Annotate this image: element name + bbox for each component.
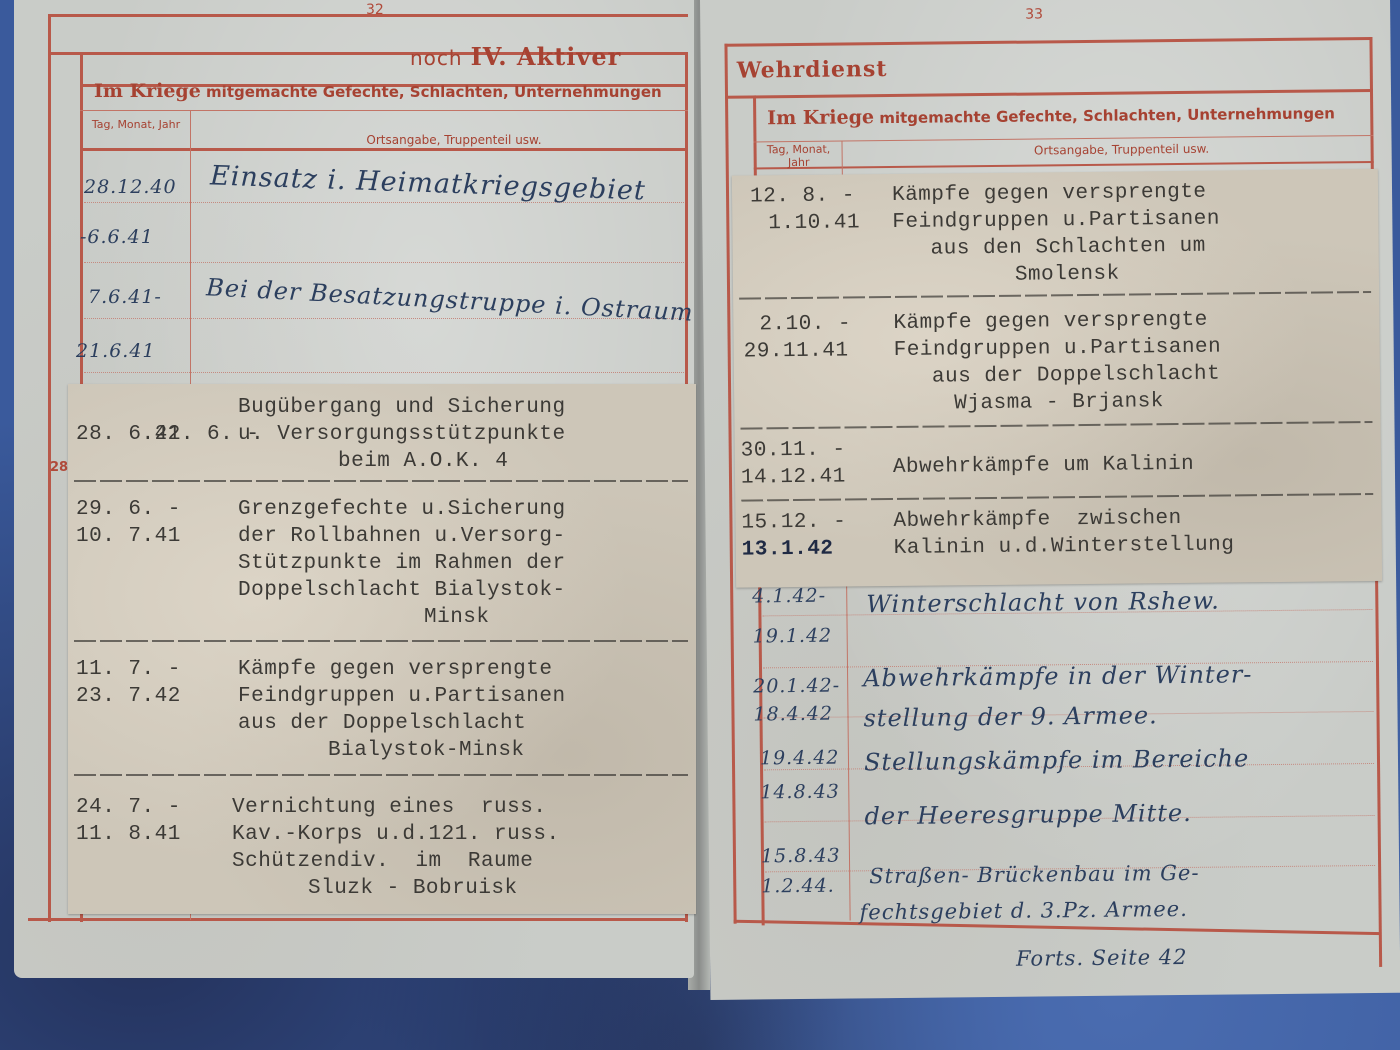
frame-line — [80, 148, 688, 151]
entry-text: fechtsgebiet d. 3.Pz. Armee. — [859, 897, 1188, 924]
line-text: Minsk — [424, 606, 490, 629]
ruled-line — [84, 372, 684, 373]
date-to: 13.1.42 — [742, 536, 834, 564]
side-number: 28 — [50, 460, 68, 475]
entry-line: Wjasma - Brjansk — [954, 388, 1164, 417]
entry-line: Abwehrkämpfe um Kalinin — [893, 451, 1195, 481]
line-text: der Rollbahnen u.Versorg- — [238, 525, 566, 548]
entry-line: der Rollbahnen u.Versorg- — [238, 523, 566, 550]
entry-line: Schützendiv. im Raume — [232, 848, 533, 875]
section-title-text: IV. Aktiver — [471, 42, 622, 71]
entry-text: Winterschlacht von Rshew. — [866, 587, 1220, 619]
date-to: 11. 8.41 — [76, 821, 181, 848]
entry-line: Doppelschlacht Bialystok- — [238, 577, 566, 604]
entry-line: Kämpfe gegen versprengte — [893, 307, 1208, 337]
column-header-place: Ortsangabe, Truppenteil usw. — [922, 141, 1322, 158]
frame-line — [28, 918, 688, 921]
date-from: 29. 6. - — [76, 496, 181, 523]
line-text: Doppelschlacht Bialystok- — [238, 579, 566, 602]
entry-date-to: 1.2.44. — [761, 875, 835, 898]
entry-separator — [741, 493, 1373, 502]
entry-text: stellung der 9. Armee. — [863, 701, 1157, 732]
typed-slip: 22. 6. - 28. 6.41 Bugübergang und Sicher… — [68, 384, 696, 914]
entry-line: Vernichtung eines russ. — [232, 794, 546, 821]
line-text: Feindgruppen u.Partisanen — [892, 208, 1220, 234]
entry-date-from: 15.8.43 — [761, 845, 841, 868]
entry-line: Kämpfe gegen versprengte — [892, 179, 1207, 209]
date-text: 15.12. - — [741, 510, 846, 534]
entry-date-from: 28.12.40 — [84, 176, 177, 198]
date-from: 15.12. - — [741, 508, 846, 536]
date-text: 29. 6. - — [76, 498, 181, 521]
entry-line: Bugübergang und Sicherung — [238, 394, 566, 421]
date-text: 11. 7. - — [76, 658, 181, 681]
date-to: 23. 7.42 — [76, 683, 181, 710]
line-text: Kämpfe gegen versprengte — [238, 658, 552, 681]
header-bold: Im Kriege — [94, 80, 201, 102]
column-header-date: Tag, Monat, Jahr — [84, 118, 188, 131]
entry-separator — [739, 291, 1371, 300]
header-line: Im Kriege mitgemachte Gefechte, Schlacht… — [767, 101, 1335, 129]
entry-date-from: 7.6.41- — [88, 286, 162, 308]
line-text: beim A.O.K. 4 — [338, 450, 508, 473]
entry-text: Abwehrkämpfe in der Winter- — [863, 660, 1253, 692]
entry-line: Feindgruppen u.Partisanen — [892, 206, 1220, 236]
section-title: Wehrdienst — [737, 56, 888, 84]
date-from: 24. 7. - — [76, 794, 181, 821]
date-text: 30.11. - — [741, 439, 846, 463]
line-text: Bialystok-Minsk — [328, 739, 525, 762]
entry-date-to: 14.8.43 — [760, 781, 840, 804]
date-text: 29.11.41 — [744, 339, 849, 363]
entry-line: Kalinin u.d.Winterstellung — [894, 531, 1235, 562]
entry-line: Minsk — [424, 604, 490, 631]
entry-line: Feindgruppen u.Partisanen — [238, 683, 566, 710]
entry-line: Kav.-Korps u.d.121. russ. — [232, 821, 560, 848]
right-page: 33 Wehrdienst Im Kriege mitgemachte Gefe… — [700, 0, 1400, 1000]
entry-line: Grenzgefechte u.Sicherung — [238, 496, 566, 523]
line-text: Abwehrkämpfe zwischen — [893, 507, 1181, 533]
date-from: 12. 8. - — [750, 182, 855, 210]
entry-date-from: 19.4.42 — [760, 747, 840, 770]
column-header-date: Tag, Monat, Jahr — [758, 143, 840, 170]
footer-note: Forts. Seite 42 — [1016, 945, 1188, 971]
frame-line — [724, 37, 1372, 47]
date-text: 14.12.41 — [741, 465, 846, 489]
date-text: 24. 7. - — [76, 796, 181, 819]
frame-line — [754, 161, 1374, 169]
header-rest: mitgemachte Gefechte, Schlachten, Untern… — [206, 83, 662, 101]
entry-line: beim A.O.K. 4 — [338, 448, 508, 475]
line-text: Kämpfe gegen versprengte — [892, 181, 1207, 207]
frame-line — [80, 110, 688, 111]
line-text: Bugübergang und Sicherung — [238, 396, 566, 419]
entry-line: Abwehrkämpfe zwischen — [893, 505, 1182, 535]
entry-line: Feindgruppen u.Partisanen — [894, 334, 1222, 364]
line-text: Feindgruppen u.Partisanen — [894, 336, 1222, 362]
entry-line: aus der Doppelschlacht — [238, 710, 526, 737]
date-text: 10. 7.41 — [76, 525, 181, 548]
line-text: aus der Doppelschlacht — [932, 363, 1220, 389]
section-title: noch IV. Aktiver — [410, 42, 621, 71]
entry-text: Stellungskämpfe im Bereiche — [864, 744, 1250, 776]
line-text: u. Versorgungsstützpunkte — [238, 423, 566, 446]
column-header-place: Ortsangabe, Truppenteil usw. — [264, 134, 644, 147]
line-text: Sluzk - Bobruisk — [308, 877, 518, 900]
entry-date-from: 4.1.42- — [752, 585, 826, 608]
line-text: Stützpunkte im Rahmen der — [238, 552, 566, 575]
date-to: 14.12.41 — [741, 463, 846, 491]
line-text: aus den Schlachten um — [931, 235, 1206, 261]
date-to: 1.10.41 — [768, 209, 860, 237]
entry-line: u. Versorgungsstützpunkte — [238, 421, 566, 448]
entry-text: der Heeresgruppe Mitte. — [864, 799, 1191, 830]
line-text: Vernichtung eines russ. — [232, 796, 546, 819]
entry-line: aus den Schlachten um — [930, 233, 1205, 263]
date-text: 2.10. - — [759, 312, 851, 336]
date-text: 11. 8.41 — [76, 823, 181, 846]
page-number: 33 — [1025, 6, 1043, 22]
date-from: 2.10. - — [759, 310, 851, 338]
line-text: Kav.-Korps u.d.121. russ. — [232, 823, 560, 846]
entry-line: Stützpunkte im Rahmen der — [238, 550, 566, 577]
entry-date-to: 18.4.42 — [753, 703, 833, 726]
entry-separator — [74, 480, 688, 482]
left-page: 32 noch IV. Aktiver Im Kriege mitgemacht… — [14, 0, 694, 978]
header-bold: Im Kriege — [767, 106, 874, 129]
typed-slip: 12. 8. - 1.10.41 Kämpfe gegen versprengt… — [732, 169, 1382, 588]
entry-line: Smolensk — [1015, 261, 1120, 289]
line-text: Kalinin u.d.Winterstellung — [894, 533, 1235, 560]
entry-line: aus der Doppelschlacht — [932, 361, 1221, 391]
date-to: 29.11.41 — [744, 337, 849, 365]
entry-separator — [74, 774, 688, 776]
date-to: 10. 7.41 — [76, 523, 181, 550]
entry-line: Sluzk - Bobruisk — [308, 875, 518, 902]
entry-date-to: -6.6.41 — [80, 226, 154, 248]
date-from: 11. 7. - — [76, 656, 181, 683]
line-text: Schützendiv. im Raume — [232, 850, 533, 873]
date-from: 30.11. - — [741, 437, 846, 465]
date-text: 1.10.41 — [768, 211, 860, 235]
entry-line: Kämpfe gegen versprengte — [238, 656, 552, 683]
section-title-prefix: noch — [410, 46, 463, 70]
date-to-text: 28. 6.41 — [76, 423, 181, 446]
line-text: Grenzgefechte u.Sicherung — [238, 498, 566, 521]
date-text: 12. 8. - — [750, 184, 855, 208]
header-line: Im Kriege mitgemachte Gefechte, Schlacht… — [94, 80, 662, 102]
line-text: Wjasma - Brjansk — [954, 390, 1164, 415]
entry-date-to: 21.6.41 — [76, 340, 156, 362]
entry-separator — [740, 421, 1372, 430]
entry-line: Bialystok-Minsk — [328, 737, 525, 764]
entry-date-to: 19.1.42 — [753, 625, 833, 648]
line-text: Abwehrkämpfe um Kalinin — [893, 453, 1195, 479]
line-text: Kämpfe gegen versprengte — [893, 309, 1208, 335]
line-text: Feindgruppen u.Partisanen — [238, 685, 566, 708]
date-text: 13.1.42 — [742, 538, 834, 562]
frame-line — [725, 89, 1373, 99]
line-text: aus der Doppelschlacht — [238, 712, 526, 735]
entry-date-from: 20.1.42- — [753, 675, 840, 698]
line-text: Smolensk — [1015, 263, 1120, 287]
ruled-line — [84, 262, 684, 263]
date-to: 28. 6.41 — [76, 421, 181, 448]
header-rest: mitgemachte Gefechte, Schlachten, Untern… — [879, 104, 1335, 127]
entry-text: Straßen- Brückenbau im Ge- — [869, 861, 1200, 888]
date-text: 23. 7.42 — [76, 685, 181, 708]
entry-separator — [74, 640, 688, 642]
